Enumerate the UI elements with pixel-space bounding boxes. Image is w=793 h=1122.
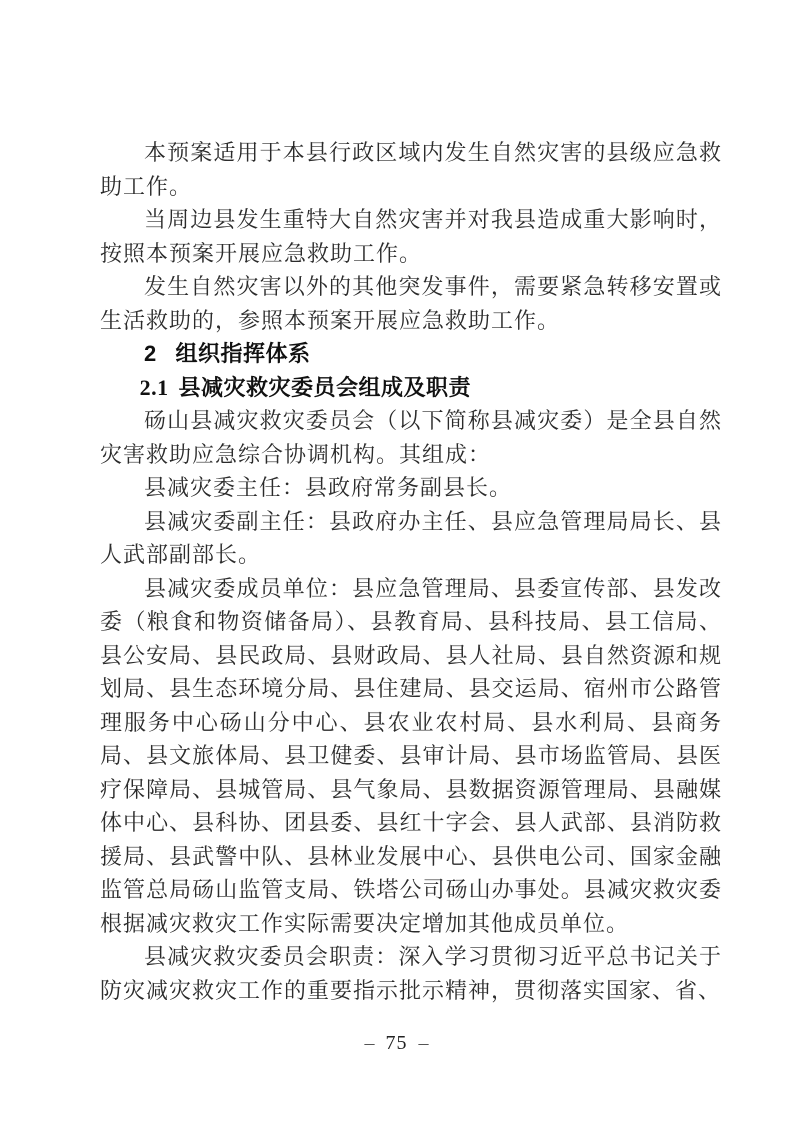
para-neighboring-county-disasters: 当周边县发生重特大自然灾害并对我县造成重大影响时，按照本预案开展应急救助工作。 — [100, 203, 722, 270]
subsection-title: 县减灾救灾委员会组成及职责 — [178, 375, 471, 400]
footer-page-number: 75 — [386, 1032, 408, 1054]
footer-dash-left: – — [363, 1032, 377, 1054]
para-committee-deputy-directors: 县减灾委副主任：县政府办主任、县应急管理局局长、县人武部副部长。 — [100, 505, 722, 572]
footer-dash-right: – — [417, 1032, 431, 1054]
heading-section-2-1: 2.1县减灾救灾委员会组成及职责 — [100, 371, 722, 405]
document-page: 本预案适用于本县行政区域内发生自然灾害的县级应急救助工作。 当周边县发生重特大自… — [0, 0, 793, 1122]
section-number: 2 — [144, 341, 157, 366]
page-content: 本预案适用于本县行政区域内发生自然灾害的县级应急救助工作。 当周边县发生重特大自… — [100, 0, 722, 1007]
para-committee-member-units: 县减灾委成员单位：县应急管理局、县委宣传部、县发改委（粮食和物资储备局）、县教育… — [100, 572, 722, 941]
para-committee-intro: 砀山县减灾救灾委员会（以下简称县减灾委）是全县自然灾害救助应急综合协调机构。其组… — [100, 404, 722, 471]
section-title: 组织指挥体系 — [175, 341, 310, 366]
para-scope-of-plan: 本预案适用于本县行政区域内发生自然灾害的县级应急救助工作。 — [100, 136, 722, 203]
subsection-number: 2.1 — [140, 375, 169, 400]
para-committee-director: 县减灾委主任：县政府常务副县长。 — [100, 471, 722, 505]
para-other-emergencies: 发生自然灾害以外的其他突发事件，需要紧急转移安置或生活救助的，参照本预案开展应急… — [100, 270, 722, 337]
heading-section-2: 2组织指挥体系 — [100, 337, 722, 371]
para-committee-duties: 县减灾救灾委员会职责：深入学习贯彻习近平总书记关于防灾减灾救灾工作的重要指示批示… — [100, 940, 722, 1007]
page-footer: –75– — [0, 1031, 793, 1055]
